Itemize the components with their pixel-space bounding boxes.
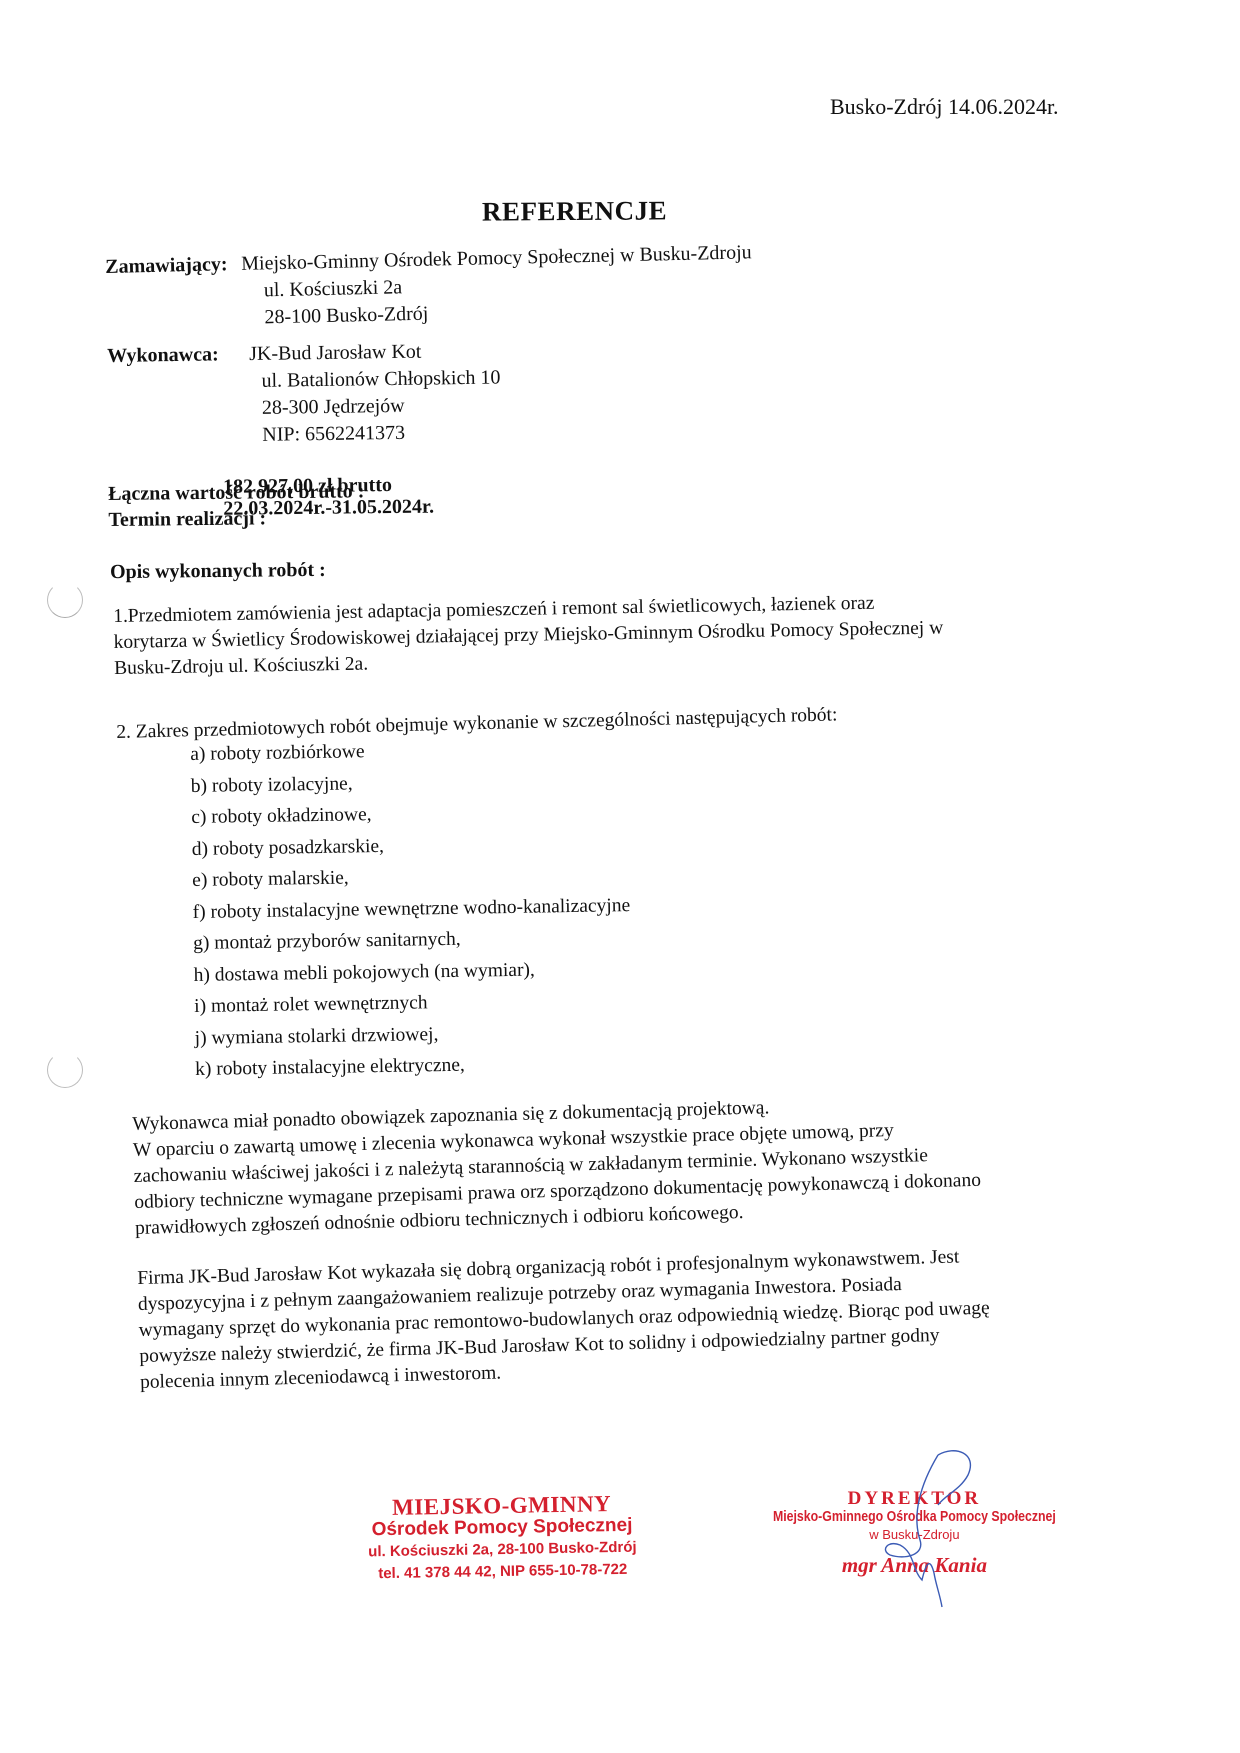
client-block: Zamawiający:Miejsko-Gminny Ośrodek Pomoc…: [105, 239, 753, 335]
list-item: k) roboty instalacyjne elektryczne,: [195, 1047, 633, 1085]
works-point-1: 1.Przedmiotem zamówienia jest adaptacja …: [113, 587, 1114, 682]
contractor-block: Wykonawca:JK-Bud Jarosław Kot ul. Batali…: [107, 338, 501, 451]
stamp-line: tel. 41 378 44 42, NIP 655-10-78-722: [368, 1559, 637, 1586]
contractor-nip: NIP: 6562241373: [108, 419, 501, 451]
place-date: Busko-Zdrój 14.06.2024r.: [830, 94, 1059, 120]
client-label: Zamawiający:: [105, 251, 248, 281]
institution-stamp: MIEJSKO-GMINNY Ośrodek Pomocy Społecznej…: [367, 1493, 637, 1586]
contractor-address-line: ul. Batalionów Chłopskich 10: [107, 365, 500, 397]
works-list: a) roboty rozbiórkowe b) roboty izolacyj…: [190, 732, 633, 1085]
punch-hole-mark: [47, 582, 83, 618]
contractor-label: Wykonawca:: [107, 341, 249, 370]
document-title: REFERENCJE: [482, 195, 667, 227]
punch-hole-mark: [47, 1052, 83, 1088]
paragraph-execution: Wykonawca miał ponadto obowiązek zapozna…: [132, 1086, 1135, 1242]
signature-icon: [860, 1445, 1000, 1610]
paragraph-recommendation: Firma JK-Bud Jarosław Kot wykazała się d…: [137, 1240, 1140, 1396]
works-heading: Opis wykonanych robót :: [110, 559, 326, 584]
summary-block: Łączna wartość robót brutto : 182 927,00…: [108, 478, 434, 533]
contractor-name: JK-Bud Jarosław Kot: [249, 341, 422, 365]
term-value: 22.03.2024r.-31.05.2024r.: [223, 494, 434, 532]
